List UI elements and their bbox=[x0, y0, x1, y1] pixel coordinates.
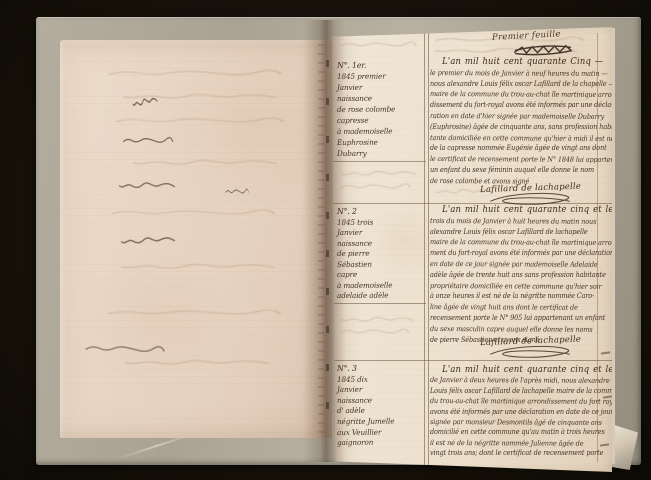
ink-bleed-through bbox=[340, 315, 416, 324]
margin-rule-line bbox=[428, 27, 429, 472]
ink-bleed-through bbox=[112, 116, 287, 125]
ink-bleed-through bbox=[130, 158, 280, 167]
entry-act-text: L'an mil huit cent quarante cinq et letr… bbox=[430, 205, 598, 345]
ink-bleed-through bbox=[340, 327, 410, 336]
margin-separator-line bbox=[332, 161, 426, 162]
ink-bleed-through bbox=[122, 358, 272, 367]
ink-bleed-through bbox=[105, 68, 285, 78]
binding-stitches bbox=[326, 60, 329, 440]
ink-smudge bbox=[122, 135, 174, 146]
ink-bleed-through bbox=[104, 308, 284, 317]
signature-flourish-icon bbox=[480, 343, 580, 360]
crossed-out-text-scribble bbox=[512, 42, 574, 57]
entry-margin-annotation: N°. 21845 troisJanviernaissancede pierre… bbox=[337, 207, 423, 302]
right-register-page: Premier feuille N°. 1er.1845 premierJanv… bbox=[332, 27, 612, 472]
mayor-signature: Lafillard de lachapelle bbox=[480, 336, 600, 360]
entry-margin-annotation: N°. 31845 dixJanviernaissanced' adèlenég… bbox=[337, 364, 423, 449]
entry-margin-annotation: N°. 1er.1845 premierJanviernaissancede r… bbox=[337, 60, 423, 159]
ink-smudge bbox=[120, 234, 176, 247]
entry-act-text: L'an mil huit cent quarante Cinq —le pre… bbox=[430, 57, 598, 187]
ink-smudge bbox=[84, 342, 166, 356]
margin-rule-line bbox=[424, 27, 425, 472]
gutter-tick-strip bbox=[318, 44, 324, 436]
entry-act-text: L'an mil huit cent quarante cinq et le d… bbox=[430, 365, 598, 459]
left-blank-page bbox=[60, 40, 332, 438]
ink-smudge bbox=[225, 187, 249, 196]
ink-smudge bbox=[131, 94, 159, 110]
ink-bleed-through bbox=[340, 182, 412, 191]
photo-background: Premier feuille N°. 1er.1845 premierJanv… bbox=[0, 0, 651, 480]
ink-bleed-through bbox=[108, 208, 278, 217]
ink-bleed-through bbox=[340, 169, 418, 178]
ink-bleed-through bbox=[118, 262, 278, 271]
entry-separator-line bbox=[332, 360, 612, 361]
ink-smudge bbox=[118, 180, 176, 191]
ink-bleed-through bbox=[340, 40, 418, 49]
mayor-signature: Lafillard de lachapelle bbox=[480, 183, 600, 207]
margin-separator-line bbox=[332, 303, 426, 304]
